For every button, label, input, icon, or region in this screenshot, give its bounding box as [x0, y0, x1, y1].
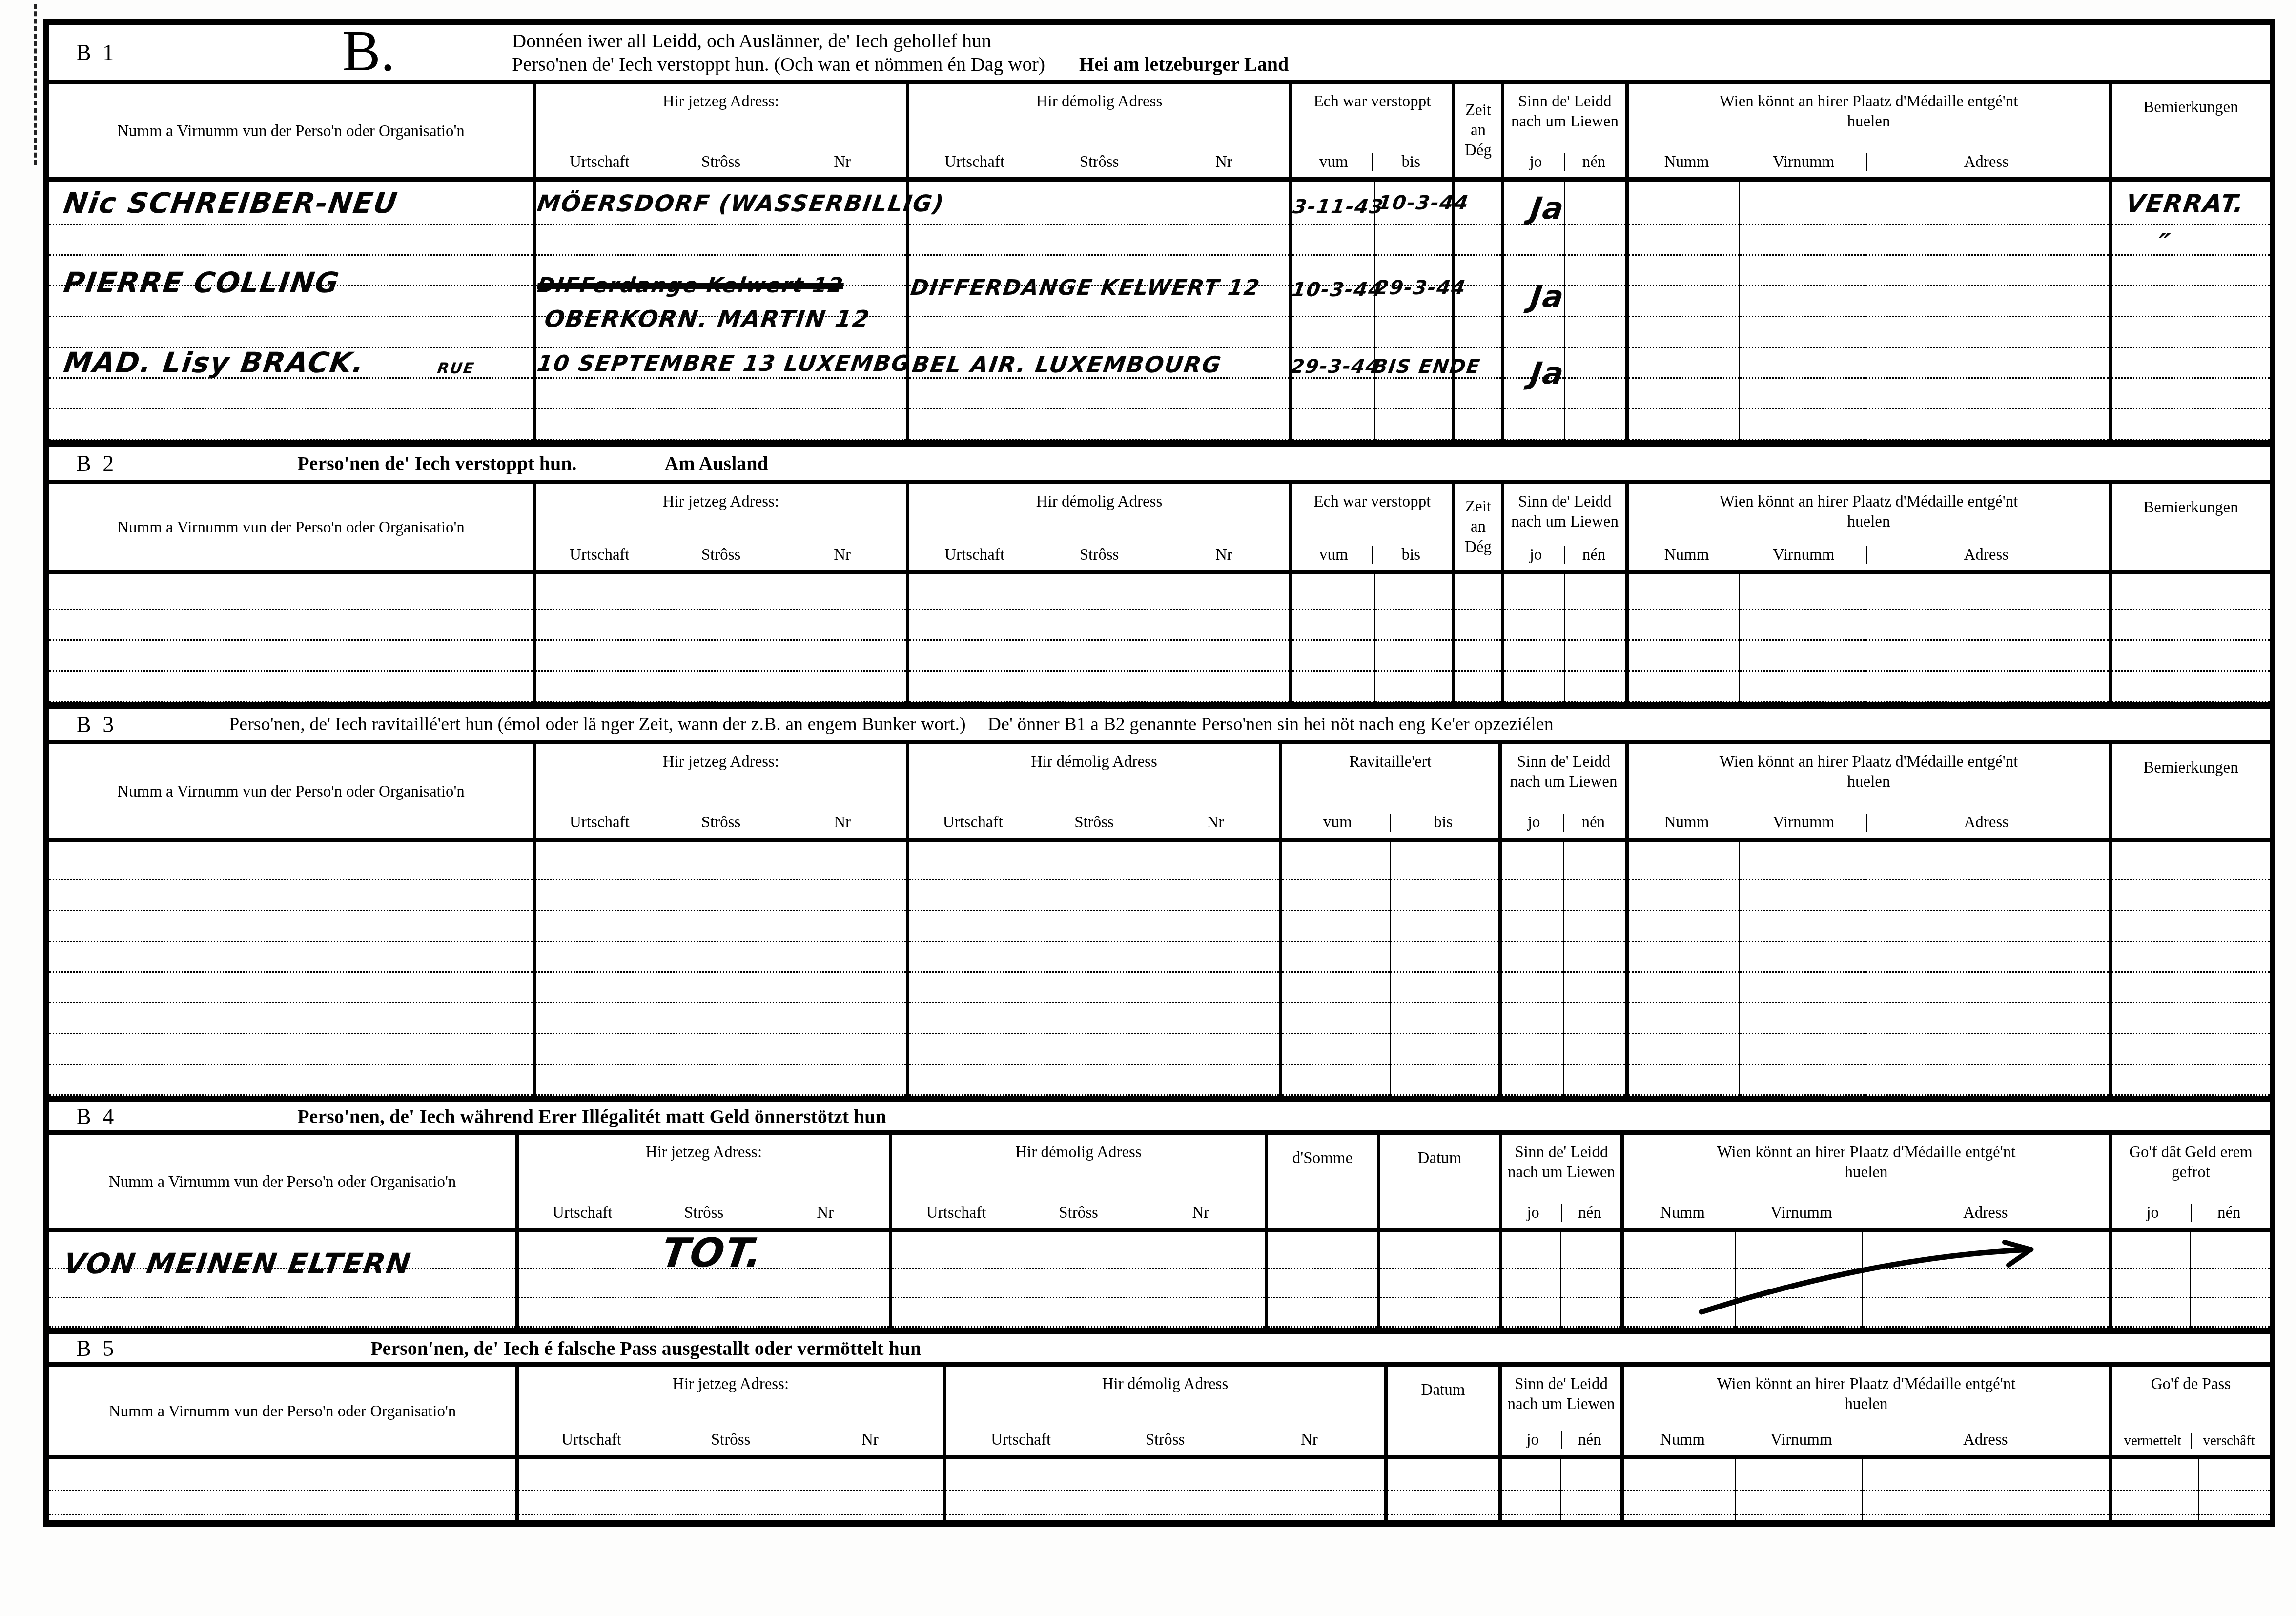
ruled-dotted-line — [1282, 973, 1390, 1003]
label-urtschaft: Urtschaft — [522, 1431, 661, 1449]
ruled-dotted-line — [1292, 317, 1374, 348]
label-zeit: Zeit an Dég — [1457, 497, 1499, 557]
ruled-dotted-line — [2112, 317, 2270, 348]
ruled-dotted-line — [49, 672, 533, 702]
b2-col-name: Numm a Virnumm vun der Perso'n oder Orga… — [49, 484, 533, 570]
label-jetzeg: Hir jetzeg Adress: — [539, 492, 903, 512]
ruled-dotted-line — [536, 641, 906, 672]
label-numm: Numm — [1627, 1431, 1738, 1449]
ruled-dotted-line — [1865, 579, 2109, 610]
ruled-dotted-line — [1629, 1003, 1739, 1034]
ruled-dotted-line — [2199, 1467, 2270, 1491]
label-verschaft: verschâft — [2191, 1433, 2267, 1449]
ruled-dotted-line — [1561, 1467, 1620, 1491]
b2-col-jetzeg: Hir jetzeg Adress: UrtschaftStrôssNr — [533, 484, 906, 570]
ruled-dotted-line — [1863, 1491, 2109, 1515]
ruled-dotted-line — [519, 1467, 943, 1491]
ruled-dotted-line — [909, 610, 1289, 641]
label-nen: nén — [1564, 153, 1622, 171]
ruled-dotted-line — [1865, 317, 2109, 348]
b3-col-sinn: Sinn de' Leidd nach um Liewen jonén — [1498, 744, 1625, 838]
ruled-dotted-line — [49, 1298, 515, 1328]
ruled-dotted-line — [909, 850, 1279, 880]
ruled-dotted-line — [2112, 1003, 2270, 1034]
section-b3-titlebar: B 3 Perso'nen, de' Iech ravitaillé'ert h… — [49, 702, 2270, 744]
ruled-dotted-line — [1292, 672, 1374, 702]
label-vermettelt: vermettelt — [2115, 1433, 2191, 1449]
ruled-dotted-line — [1736, 1491, 1861, 1515]
ruled-dotted-line — [1629, 880, 1739, 911]
ruled-dotted-line — [1502, 1269, 1560, 1298]
b4-title: Perso'nen, de' Iech während Erer Illégal… — [297, 1105, 886, 1128]
ruled-dotted-line — [1375, 610, 1452, 641]
ruled-dotted-line — [909, 1065, 1279, 1096]
ruled-dotted-line — [49, 1065, 533, 1096]
b2-col-verstoppt: Ech war verstoppt vumbis — [1289, 484, 1452, 570]
ruled-dotted-line — [909, 911, 1279, 942]
ruled-dotted-line — [1561, 1298, 1620, 1328]
ruled-dotted-line — [1865, 850, 2109, 880]
section-b1-title: Donnéen iwer all Leidd, och Auslänner, d… — [512, 29, 1289, 75]
ruled-dotted-line — [1375, 317, 1452, 348]
ruled-dotted-line — [1455, 379, 1501, 409]
b1-title-right: Hei am letzeburger Land — [1079, 53, 1289, 75]
b4-col-jetzeg: Hir jetzeg Adress: UrtschaftStrôssNr — [515, 1135, 889, 1228]
ruled-dotted-line — [1292, 379, 1374, 409]
label-urtschaft: Urtschaft — [949, 1431, 1093, 1449]
ruled-dotted-line — [1629, 286, 1739, 317]
ruled-dotted-line — [2112, 1240, 2190, 1269]
ruled-dotted-line — [1564, 1003, 1625, 1034]
b2-col-bemierkungen: Bemierkungen — [2109, 484, 2270, 570]
b4-col-medal: Wien könnt an hirer Plaatz d'Médaille en… — [1620, 1135, 2109, 1228]
label-demolig: Hir démolig Adress — [912, 492, 1286, 512]
ruled-dotted-line — [1391, 1003, 1498, 1034]
handwritten-bis-date: 10-3-44 — [1376, 193, 1470, 213]
ruled-dotted-line — [1504, 225, 1564, 256]
label-jo: jo — [2115, 1204, 2191, 1222]
ruled-dotted-line — [536, 911, 906, 942]
ruled-dotted-line — [1629, 641, 1739, 672]
ruled-dotted-line — [2112, 379, 2270, 409]
ruled-dotted-line — [1629, 379, 1739, 409]
ruled-dotted-line — [1740, 850, 1864, 880]
ruled-dotted-line — [1865, 911, 2109, 942]
label-verstoppt: Ech war verstoppt — [1295, 92, 1449, 112]
ruled-dotted-line — [2112, 942, 2270, 973]
ruled-dotted-line — [1865, 1065, 2109, 1096]
label-gof-geld: Go'f dât Geld erem gefrot — [2115, 1143, 2267, 1183]
ruled-dotted-line — [49, 579, 533, 610]
label-urtschaft: Urtschaft — [912, 814, 1033, 832]
ruled-dotted-line — [1565, 256, 1625, 286]
ruled-dotted-line — [892, 1240, 1265, 1269]
b3-column-headers: Numm a Virnumm vun der Perso'n oder Orga… — [49, 744, 2270, 842]
label-numm: Numm — [1632, 153, 1742, 171]
label-demolig: Hir démolig Adress — [912, 92, 1286, 112]
section-b1-titlebar: B 1 B. Donnéen iwer all Leidd, och Auslä… — [49, 25, 2270, 84]
ruled-dotted-line — [1629, 256, 1739, 286]
ruled-dotted-line — [1375, 379, 1452, 409]
ruled-dotted-line — [2112, 610, 2270, 641]
ruled-dotted-line — [1565, 379, 1625, 409]
ruled-dotted-line — [1740, 973, 1864, 1003]
label-nr: Nr — [1140, 1204, 1262, 1222]
handwritten-demolig-adress: DIFFERDANGE KELWERT 12 — [909, 277, 1261, 299]
ruled-dotted-line — [49, 911, 533, 942]
ruled-dotted-line — [1455, 610, 1501, 641]
handwritten-alive-jo: Ja — [1529, 193, 1567, 224]
ruled-dotted-line — [1865, 194, 2109, 225]
ruled-dotted-line — [1740, 194, 1864, 225]
ruled-dotted-line — [1502, 973, 1563, 1003]
ruled-dotted-line — [49, 942, 533, 973]
ruled-dotted-line — [2112, 880, 2270, 911]
ruled-dotted-line — [1292, 579, 1374, 610]
section-b4-titlebar: B 4 Perso'nen, de' Iech während Erer Ill… — [49, 1096, 2270, 1135]
ruled-dotted-line — [1391, 942, 1498, 973]
b5-col-jetzeg: Hir jetzeg Adress: UrtschaftStrôssNr — [515, 1367, 943, 1455]
handwritten-arrow — [1689, 1235, 2060, 1320]
ruled-dotted-line — [1504, 317, 1564, 348]
ruled-dotted-line — [1282, 880, 1390, 911]
b2-title: Perso'nen de' Iech verstoppt hun. — [297, 452, 576, 475]
ruled-dotted-line — [536, 409, 906, 440]
ruled-dotted-line — [1561, 1269, 1620, 1298]
ruled-dotted-line — [1375, 579, 1452, 610]
label-virnumm: Virnumm — [1738, 1431, 1864, 1449]
b5-col-sinn: Sinn de' Leidd nach um Liewen jonén — [1498, 1367, 1620, 1455]
ruled-dotted-line — [1561, 1240, 1620, 1269]
ruled-dotted-line — [49, 1034, 533, 1065]
label-jo: jo — [1507, 153, 1564, 171]
label-stross: Strôss — [1037, 546, 1161, 564]
ruled-dotted-line — [2112, 973, 2270, 1003]
ruled-dotted-line — [1268, 1269, 1377, 1298]
label-name-col: Numm a Virnumm vun der Perso'n oder Orga… — [52, 1402, 512, 1422]
label-vum: vum — [1295, 546, 1372, 564]
b1-col-name: Numm a Virnumm vun der Perso'n oder Orga… — [49, 84, 533, 177]
b1-col-sinn: Sinn de' Leidd nach um Liewen jonén — [1501, 84, 1625, 177]
ruled-dotted-line — [909, 379, 1289, 409]
ruled-dotted-line — [892, 1298, 1265, 1328]
ruled-dotted-line — [1740, 880, 1864, 911]
label-sinn: Sinn de' Leidd nach um Liewen — [1505, 1143, 1618, 1183]
b3-col-ravitailleert: Ravitaille'ert vumbis — [1279, 744, 1498, 838]
ruled-dotted-line — [946, 1467, 1384, 1491]
label-urtschaft: Urtschaft — [912, 546, 1037, 564]
ruled-dotted-line — [1504, 672, 1564, 702]
ruled-dotted-line — [1502, 1298, 1560, 1328]
b2-col-demolig: Hir démolig Adress UrtschaftStrôssNr — [906, 484, 1289, 570]
label-stross: Strôss — [1017, 1204, 1139, 1222]
section-b5-titlebar: B 5 Person'nen, de' Iech é falsche Pass … — [49, 1328, 2270, 1367]
label-virnumm: Virnumm — [1742, 153, 1866, 171]
label-bemierkungen: Bemierkungen — [2115, 98, 2267, 118]
ruled-dotted-line — [2191, 1298, 2270, 1328]
ruled-dotted-line — [1565, 672, 1625, 702]
b5-col-name: Numm a Virnumm vun der Perso'n oder Orga… — [49, 1367, 515, 1455]
ruled-dotted-line — [536, 1003, 906, 1034]
b3-col-name: Numm a Virnumm vun der Perso'n oder Orga… — [49, 744, 533, 838]
ruled-dotted-line — [1502, 850, 1563, 880]
ruled-dotted-line — [49, 973, 533, 1003]
b3-entry-grid — [49, 842, 2270, 1096]
ruled-dotted-line — [909, 973, 1279, 1003]
ruled-dotted-line — [1282, 911, 1390, 942]
ruled-dotted-line — [909, 409, 1289, 440]
label-adress: Adress — [1866, 814, 2106, 832]
ruled-dotted-line — [1629, 610, 1739, 641]
ruled-dotted-line — [1865, 286, 2109, 317]
ruled-dotted-line — [1388, 1491, 1498, 1515]
label-jo: jo — [1505, 1431, 1561, 1449]
b5-entry-grid — [49, 1459, 2270, 1520]
label-stross: Strôss — [1033, 814, 1154, 832]
ruled-dotted-line — [536, 850, 906, 880]
label-demolig: Hir démolig Adress — [895, 1143, 1262, 1163]
ruled-dotted-line — [909, 1003, 1279, 1034]
label-medal: Wien könnt an hirer Plaatz d'Médaille en… — [1705, 1374, 2028, 1415]
ruled-dotted-line — [1740, 942, 1864, 973]
section-b4-code: B 4 — [76, 1104, 117, 1129]
label-urtschaft: Urtschaft — [539, 546, 660, 564]
ruled-dotted-line — [1629, 942, 1739, 973]
ruled-dotted-line — [1865, 409, 2109, 440]
ruled-dotted-line — [1564, 1034, 1625, 1065]
ruled-dotted-line — [1740, 379, 1864, 409]
ruled-dotted-line — [536, 1065, 906, 1096]
label-jetzeg: Hir jetzeg Adress: — [539, 92, 903, 112]
section-b2-titlebar: B 2 Perso'nen de' Iech verstoppt hun. Am… — [49, 440, 2270, 484]
ruled-dotted-line — [1504, 641, 1564, 672]
ruled-dotted-line — [1561, 1491, 1620, 1515]
ruled-dotted-line — [1865, 641, 2109, 672]
ruled-dotted-line — [2112, 225, 2270, 256]
ruled-dotted-line — [49, 641, 533, 672]
label-virnumm: Virnumm — [1738, 1204, 1864, 1222]
label-virnumm: Virnumm — [1742, 814, 1866, 832]
ruled-dotted-line — [2112, 1491, 2198, 1515]
ruled-dotted-line — [1740, 579, 1864, 610]
handwritten-alive-jo: Ja — [1529, 358, 1567, 389]
handwritten-jetzeg-adress: MÖERSDORF (WASSERBILLIG) — [536, 192, 946, 215]
ruled-dotted-line — [1268, 1298, 1377, 1328]
label-medal: Wien könnt an hirer Plaatz d'Médaille en… — [1708, 752, 2030, 793]
ruled-dotted-line — [1391, 880, 1498, 911]
b4-column-headers: Numm a Virnumm vun der Perso'n oder Orga… — [49, 1135, 2270, 1232]
label-jetzeg: Hir jetzeg Adress: — [539, 752, 903, 772]
label-numm: Numm — [1632, 546, 1742, 564]
label-urtschaft: Urtschaft — [895, 1204, 1017, 1222]
ruled-dotted-line — [1502, 1467, 1560, 1491]
ruled-dotted-line — [909, 672, 1289, 702]
ruled-dotted-line — [1740, 348, 1864, 379]
ruled-dotted-line — [1865, 1034, 2109, 1065]
b2-col-zeit: Zeit an Dég — [1452, 484, 1501, 570]
ruled-dotted-line — [1292, 641, 1374, 672]
label-dsomme: d'Somme — [1271, 1148, 1374, 1168]
ruled-dotted-line — [2112, 1269, 2190, 1298]
section-b1-code: B 1 — [76, 40, 117, 65]
b3-col-demolig: Hir démolig Adress UrtschaftStrôssNr — [906, 744, 1279, 838]
ruled-dotted-line — [1740, 911, 1864, 942]
ruled-dotted-line — [2112, 672, 2270, 702]
label-jo: jo — [1505, 1204, 1561, 1222]
label-numm: Numm — [1627, 1204, 1738, 1222]
section-b3-code: B 3 — [76, 712, 117, 737]
ruled-dotted-line — [1502, 942, 1563, 973]
ruled-dotted-line — [2112, 641, 2270, 672]
ruled-dotted-line — [1565, 579, 1625, 610]
label-sinn: Sinn de' Leidd nach um Liewen — [1507, 492, 1622, 532]
handwritten-remark: VERRAT. — [2124, 191, 2246, 216]
ruled-dotted-line — [1455, 579, 1501, 610]
label-adress: Adress — [1865, 1204, 2106, 1222]
ruled-dotted-line — [2112, 850, 2270, 880]
ruled-dotted-line — [536, 942, 906, 973]
ruled-dotted-line — [536, 579, 906, 610]
label-bemierkungen: Bemierkungen — [2115, 758, 2267, 778]
ruled-dotted-line — [1391, 1065, 1498, 1096]
ruled-dotted-line — [1375, 225, 1452, 256]
ruled-dotted-line — [892, 1269, 1265, 1298]
ruled-dotted-line — [1455, 641, 1501, 672]
ruled-dotted-line — [1375, 641, 1452, 672]
ruled-dotted-line — [1282, 1034, 1390, 1065]
label-name-col: Numm a Virnumm vun der Perso'n oder Orga… — [52, 122, 530, 142]
ruled-dotted-line — [1502, 1003, 1563, 1034]
ruled-dotted-line — [1380, 1269, 1499, 1298]
form-table: B 1 B. Donnéen iwer all Leidd, och Auslä… — [43, 19, 2275, 1527]
ruled-dotted-line — [1502, 1240, 1560, 1269]
ruled-dotted-line — [1740, 1034, 1864, 1065]
ruled-dotted-line — [2112, 348, 2270, 379]
handwritten-name: MAD. Lisy BRACK. — [62, 348, 367, 377]
label-nr: Nr — [1162, 546, 1286, 564]
b1-col-zeit: Zeit an Dég — [1452, 84, 1501, 177]
ruled-dotted-line — [2112, 579, 2270, 610]
handwritten-jetzeg-adress: 10 SEPTEMBRE 13 LUXEMBG — [536, 352, 912, 374]
label-adress: Adress — [1866, 153, 2106, 171]
b2-column-headers: Numm a Virnumm vun der Perso'n oder Orga… — [49, 484, 2270, 574]
ruled-dotted-line — [1455, 225, 1501, 256]
handwritten-demolig-adress: BEL AIR. LUXEMBOURG — [911, 353, 1223, 376]
ruled-dotted-line — [1268, 1240, 1377, 1269]
ruled-dotted-line — [1292, 225, 1374, 256]
ruled-dotted-line — [1736, 1467, 1861, 1491]
label-gof-pass: Go'f de Pass — [2115, 1374, 2267, 1394]
ruled-dotted-line — [1740, 1003, 1864, 1034]
ruled-dotted-line — [1629, 409, 1739, 440]
ruled-dotted-line — [1565, 348, 1625, 379]
ruled-dotted-line — [1502, 1065, 1563, 1096]
b2-title-right: Am Ausland — [664, 452, 768, 475]
label-stross: Strôss — [660, 814, 782, 832]
handwritten-somme-tot: TOT. — [659, 1233, 765, 1273]
label-nr: Nr — [781, 546, 903, 564]
label-jo: jo — [1505, 814, 1563, 832]
b1-entry-grid: Nic SCHREIBER-NEU MÖERSDORF (WASSERBILLI… — [49, 182, 2270, 440]
ruled-dotted-line — [1865, 379, 2109, 409]
ruled-dotted-line — [1564, 942, 1625, 973]
ruled-dotted-line — [1455, 409, 1501, 440]
ruled-dotted-line — [1455, 672, 1501, 702]
label-stross: Strôss — [1093, 1431, 1237, 1449]
b2-col-medal: Wien könnt an hirer Plaatz d'Médaille en… — [1625, 484, 2109, 570]
ruled-dotted-line — [1391, 1034, 1498, 1065]
ruled-dotted-line — [1740, 256, 1864, 286]
ruled-dotted-line — [49, 1467, 515, 1491]
label-urtschaft: Urtschaft — [539, 153, 660, 171]
ruled-dotted-line — [536, 225, 906, 256]
label-virnumm: Virnumm — [1742, 546, 1866, 564]
ruled-dotted-line — [49, 225, 533, 256]
label-urtschaft: Urtschaft — [522, 1204, 643, 1222]
label-datum: Datum — [1391, 1380, 1496, 1400]
b1-column-headers: Numm a Virnumm vun der Perso'n oder Orga… — [49, 84, 2270, 182]
label-nr: Nr — [781, 814, 903, 832]
b4-col-name: Numm a Virnumm vun der Perso'n oder Orga… — [49, 1135, 515, 1228]
ruled-dotted-line — [1502, 1034, 1563, 1065]
ruled-dotted-line — [1565, 194, 1625, 225]
section-b2-code: B 2 — [76, 450, 117, 476]
ruled-dotted-line — [49, 409, 533, 440]
label-nr: Nr — [1155, 814, 1276, 832]
ruled-dotted-line — [1564, 850, 1625, 880]
ruled-dotted-line — [1391, 850, 1498, 880]
ruled-dotted-line — [2112, 256, 2270, 286]
ruled-dotted-line — [1455, 317, 1501, 348]
ruled-dotted-line — [1380, 1240, 1499, 1269]
ruled-dotted-line — [1565, 641, 1625, 672]
label-stross: Strôss — [1037, 153, 1161, 171]
b1-title-line2: Perso'nen de' Iech verstoppt hun. (Och w… — [512, 53, 1045, 75]
ruled-dotted-line — [1740, 317, 1864, 348]
ruled-dotted-line — [1865, 348, 2109, 379]
label-bis: bis — [1372, 153, 1450, 171]
ruled-dotted-line — [1740, 225, 1864, 256]
ruled-dotted-line — [909, 579, 1289, 610]
b4-col-datum: Datum — [1377, 1135, 1499, 1228]
label-stross: Strôss — [643, 1204, 765, 1222]
label-urtschaft: Urtschaft — [539, 814, 660, 832]
ruled-dotted-line — [2112, 1034, 2270, 1065]
label-ravitailleert: Ravitaille'ert — [1285, 752, 1496, 772]
label-name-col: Numm a Virnumm vun der Perso'n oder Orga… — [52, 782, 530, 802]
label-adress: Adress — [1865, 1431, 2106, 1449]
handwritten-name: Nic SCHREIBER-NEU — [62, 189, 400, 217]
label-vum: vum — [1295, 153, 1372, 171]
label-bis: bis — [1390, 814, 1496, 832]
b1-col-demolig: Hir démolig Adress UrtschaftStrôssNr — [906, 84, 1289, 177]
ruled-dotted-line — [536, 880, 906, 911]
ruled-dotted-line — [519, 1491, 943, 1515]
ruled-dotted-line — [946, 1491, 1384, 1515]
ruled-dotted-line — [1565, 610, 1625, 641]
b3-title: Perso'nen, de' Iech ravitaillé'ert hun (… — [229, 714, 965, 735]
ruled-dotted-line — [49, 379, 533, 409]
ruled-dotted-line — [909, 880, 1279, 911]
b3-title-right: De' önner B1 a B2 genannte Perso'nen sin… — [988, 714, 1554, 735]
label-demolig: Hir démolig Adress — [949, 1374, 1381, 1394]
label-urtschaft: Urtschaft — [912, 153, 1037, 171]
ruled-dotted-line — [2191, 1269, 2270, 1298]
ruled-dotted-line — [1564, 911, 1625, 942]
ruled-dotted-line — [1629, 348, 1739, 379]
label-stross: Strôss — [661, 1431, 800, 1449]
ruled-dotted-line — [2112, 1298, 2190, 1328]
